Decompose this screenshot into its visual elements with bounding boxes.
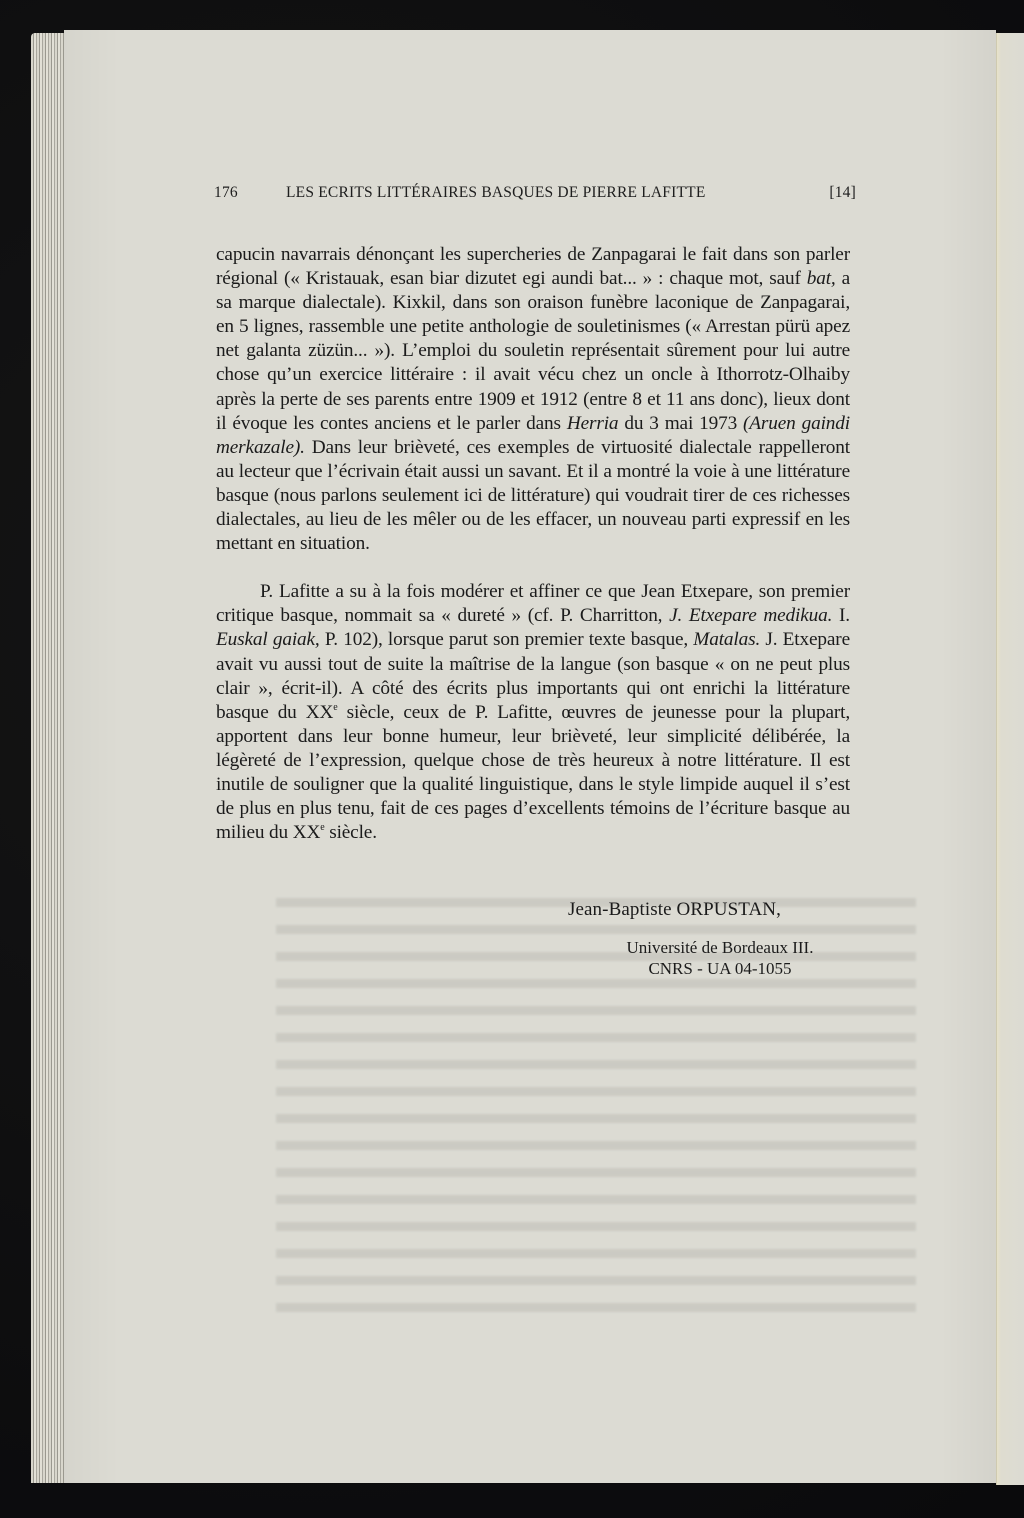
italic-text: Matalas. <box>693 629 760 650</box>
author-name: Jean-Baptiste ORPUSTAN, <box>568 899 860 921</box>
affiliation-lab: CNRS - UA 04-1055 <box>600 958 840 979</box>
italic-text: Herria <box>567 413 619 434</box>
text-run: du 3 mai 1973 <box>618 413 743 434</box>
italic-text: bat, <box>807 268 836 289</box>
affiliation: Université de Bordeaux III. CNRS - UA 04… <box>600 937 840 979</box>
signature-block: Jean-Baptiste ORPUSTAN, Université de Bo… <box>560 899 860 979</box>
paragraph-1: capucin navarrais dénonçant les superche… <box>216 243 850 556</box>
section-number: [14] <box>829 184 856 202</box>
text-run: a sa marque dialectale). Kixkil, dans so… <box>216 268 850 434</box>
facing-page-edge <box>996 33 1024 1485</box>
italic-text: Euskal gaiak, <box>216 629 320 650</box>
text-run: capucin navarrais dénonçant les superche… <box>216 244 850 289</box>
affiliation-university: Université de Bordeaux III. <box>600 937 840 958</box>
page-edges-stack <box>31 33 67 1483</box>
running-title: LES ECRITS LITTÉRAIRES BASQUES DE PIERRE… <box>286 184 706 202</box>
paragraph-2: P. Lafitte a su à la fois modérer et aff… <box>216 580 850 845</box>
italic-text: J. Etxepare medikua. <box>669 605 832 626</box>
page-number: 176 <box>214 184 238 202</box>
text-run: siècle. <box>325 822 377 843</box>
text-run: Dans leur brièveté, ces exemples de virt… <box>216 437 850 554</box>
text-run: I. <box>832 605 850 626</box>
scanned-book-spread: 176 LES ECRITS LITTÉRAIRES BASQUES DE PI… <box>0 0 1024 1518</box>
body-text: capucin navarrais dénonçant les superche… <box>216 243 850 845</box>
text-run: P. 102), lorsque parut son premier texte… <box>320 629 694 650</box>
running-header: 176 LES ECRITS LITTÉRAIRES BASQUES DE PI… <box>214 184 856 208</box>
